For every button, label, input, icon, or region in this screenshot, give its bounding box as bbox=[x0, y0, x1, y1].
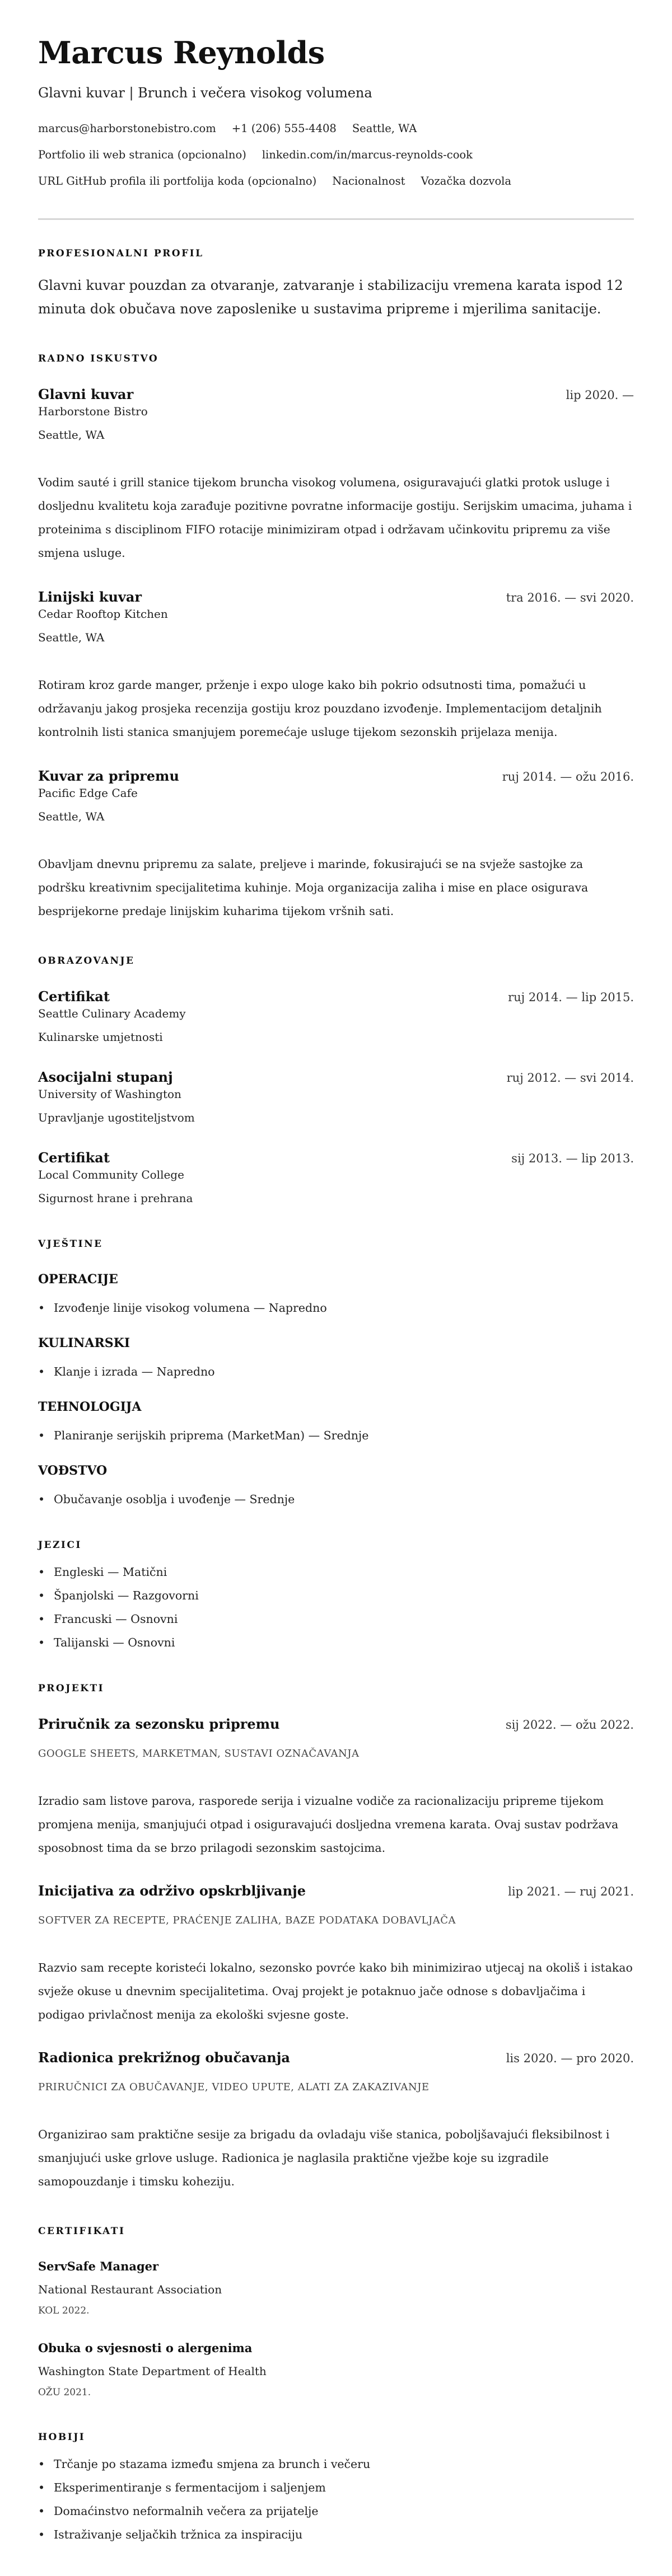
experience-entry-header: Kuvar za pripremu ruj 2014. — ožu 2016. bbox=[38, 767, 634, 785]
education-dates: ruj 2012. — svi 2014. bbox=[507, 1069, 634, 1086]
candidate-name: Marcus Reynolds bbox=[38, 32, 634, 73]
contact-portfolio[interactable]: Portfolio ili web stranica (opcionalno) bbox=[38, 147, 246, 163]
experience-description: Rotiram kroz garde manger, prženje i exp… bbox=[38, 673, 634, 744]
language-list: Engleski — Matični Španjolski — Razgovor… bbox=[38, 1564, 634, 1650]
section-title-projects: PROJEKTI bbox=[38, 1682, 634, 1695]
section-education: OBRAZOVANJE Certifikat ruj 2014. — lip 2… bbox=[38, 954, 634, 1206]
education-field: Upravljanje ugostiteljstvom bbox=[38, 1110, 634, 1125]
education-school: Seattle Culinary Academy bbox=[38, 1006, 634, 1021]
experience-dates: ruj 2014. — ožu 2016. bbox=[502, 768, 634, 785]
language-item: Francuski — Osnovni bbox=[38, 1611, 634, 1627]
skill-list: Izvođenje linije visokog volumena — Napr… bbox=[38, 1300, 634, 1316]
contact-row-extra: URL GitHub profila ili portfolija koda (… bbox=[38, 173, 634, 189]
education-entry-header: Certifikat ruj 2014. — lip 2015. bbox=[38, 988, 634, 1006]
contact-phone[interactable]: +1 (206) 555-4408 bbox=[232, 121, 337, 137]
contact-nationality: Nacionalnost bbox=[332, 173, 405, 189]
project-dates: lis 2020. — pro 2020. bbox=[506, 2050, 634, 2067]
skill-list: Klanje i izrada — Napredno bbox=[38, 1364, 634, 1380]
section-languages: JEZICI Engleski — Matični Španjolski — R… bbox=[38, 1538, 634, 1650]
section-title-summary: PROFESIONALNI PROFIL bbox=[38, 247, 634, 260]
project-dates: lip 2021. — ruj 2021. bbox=[508, 1883, 634, 1900]
experience-location: Seattle, WA bbox=[38, 630, 634, 645]
skill-group-culinary: KULINARSKI bbox=[38, 1335, 634, 1352]
certificate-entry: ServSafe Manager National Restaurant Ass… bbox=[38, 2258, 634, 2317]
certificate-issuer: National Restaurant Association bbox=[38, 2282, 634, 2297]
certificate-date: KOL 2022. bbox=[38, 2304, 634, 2317]
section-experience: RADNO ISKUSTVO Glavni kuvar lip 2020. — … bbox=[38, 352, 634, 923]
experience-entry: Linijski kuvar tra 2016. — svi 2020. Ced… bbox=[38, 588, 634, 744]
project-name: Priručnik za sezonsku pripremu bbox=[38, 1715, 280, 1733]
section-hobbies: HOBIJI Trčanje po stazama između smjena … bbox=[38, 2430, 634, 2542]
certificate-entry: Obuka o svjesnosti o alergenima Washingt… bbox=[38, 2340, 634, 2399]
project-dates: sij 2022. — ožu 2022. bbox=[506, 1716, 634, 1733]
education-dates: ruj 2014. — lip 2015. bbox=[508, 989, 634, 1006]
experience-role: Kuvar za pripremu bbox=[38, 767, 179, 785]
contact-drivers-license: Vozačka dozvola bbox=[421, 173, 511, 189]
education-entry-header: Asocijalni stupanj ruj 2012. — svi 2014. bbox=[38, 1068, 634, 1086]
experience-role: Linijski kuvar bbox=[38, 588, 142, 606]
skill-item: Planiranje serijskih priprema (MarketMan… bbox=[38, 1428, 634, 1443]
education-school: University of Washington bbox=[38, 1086, 634, 1102]
hobby-item: Domaćinstvo neformalnih večera za prijat… bbox=[38, 2503, 634, 2519]
project-entry: Inicijativa za održivo opskrbljivanje li… bbox=[38, 1882, 634, 2026]
section-summary: PROFESIONALNI PROFIL Glavni kuvar pouzda… bbox=[38, 247, 634, 321]
certificate-date: OŽU 2021. bbox=[38, 2386, 634, 2399]
project-name: Radionica prekrižnog obučavanja bbox=[38, 2049, 290, 2067]
experience-location: Seattle, WA bbox=[38, 809, 634, 824]
section-title-certificates: CERTIFIKATI bbox=[38, 2225, 634, 2238]
education-entry: Certifikat ruj 2014. — lip 2015. Seattle… bbox=[38, 988, 634, 1045]
project-entry-header: Radionica prekrižnog obučavanja lis 2020… bbox=[38, 2049, 634, 2067]
skill-group-technology: TEHNOLOGIJA bbox=[38, 1399, 634, 1415]
skill-item: Klanje i izrada — Napredno bbox=[38, 1364, 634, 1380]
certificate-name: Obuka o svjesnosti o alergenima bbox=[38, 2340, 634, 2357]
experience-description: Obavljam dnevnu pripremu za salate, prel… bbox=[38, 852, 634, 923]
experience-entry-header: Glavni kuvar lip 2020. — bbox=[38, 386, 634, 403]
skill-item: Obučavanje osoblja i uvođenje — Srednje bbox=[38, 1491, 634, 1507]
skill-group-operations: OPERACIJE bbox=[38, 1271, 634, 1288]
education-entry: Certifikat sij 2013. — lip 2013. Local C… bbox=[38, 1149, 634, 1206]
project-tech: PRIRUČNICI ZA OBUČAVANJE, VIDEO UPUTE, A… bbox=[38, 2080, 634, 2095]
experience-entry: Glavni kuvar lip 2020. — Harborstone Bis… bbox=[38, 386, 634, 565]
project-entry-header: Inicijativa za održivo opskrbljivanje li… bbox=[38, 1882, 634, 1900]
skill-group-leadership: VOĐSTVO bbox=[38, 1462, 634, 1479]
skill-list: Obučavanje osoblja i uvođenje — Srednje bbox=[38, 1491, 634, 1507]
certificate-name: ServSafe Manager bbox=[38, 2258, 634, 2275]
project-description: Organizirao sam praktične sesije za brig… bbox=[38, 2123, 634, 2193]
section-title-hobbies: HOBIJI bbox=[38, 2430, 634, 2444]
section-projects: PROJEKTI Priručnik za sezonsku pripremu … bbox=[38, 1682, 634, 2193]
skill-item: Izvođenje linije visokog volumena — Napr… bbox=[38, 1300, 634, 1316]
experience-dates: tra 2016. — svi 2020. bbox=[506, 589, 634, 606]
education-degree: Asocijalni stupanj bbox=[38, 1068, 173, 1086]
education-degree: Certifikat bbox=[38, 988, 110, 1006]
education-entry: Asocijalni stupanj ruj 2012. — svi 2014.… bbox=[38, 1068, 634, 1125]
education-field: Kulinarske umjetnosti bbox=[38, 1029, 634, 1045]
hobby-list: Trčanje po stazama između smjena za brun… bbox=[38, 2456, 634, 2542]
experience-entry-header: Linijski kuvar tra 2016. — svi 2020. bbox=[38, 588, 634, 606]
language-item: Engleski — Matični bbox=[38, 1564, 634, 1580]
project-entry: Radionica prekrižnog obučavanja lis 2020… bbox=[38, 2049, 634, 2193]
section-title-languages: JEZICI bbox=[38, 1538, 634, 1552]
experience-description: Vodim sauté i grill stanice tijekom brun… bbox=[38, 471, 634, 565]
certificate-issuer: Washington State Department of Health bbox=[38, 2363, 634, 2379]
project-entry-header: Priručnik za sezonsku pripremu sij 2022.… bbox=[38, 1715, 634, 1733]
experience-company: Harborstone Bistro bbox=[38, 403, 634, 419]
education-field: Sigurnost hrane i prehrana bbox=[38, 1190, 634, 1206]
contact-github[interactable]: URL GitHub profila ili portfolija koda (… bbox=[38, 173, 316, 189]
project-name: Inicijativa za održivo opskrbljivanje bbox=[38, 1882, 306, 1900]
education-degree: Certifikat bbox=[38, 1149, 110, 1167]
section-title-skills: VJEŠTINE bbox=[38, 1237, 634, 1251]
project-description: Razvio sam recepte koristeći lokalno, se… bbox=[38, 1956, 634, 2026]
resume-header: Marcus Reynolds Glavni kuvar | Brunch i … bbox=[38, 32, 634, 189]
experience-company: Cedar Rooftop Kitchen bbox=[38, 606, 634, 622]
experience-location: Seattle, WA bbox=[38, 427, 634, 443]
contact-linkedin[interactable]: linkedin.com/in/marcus-reynolds-cook bbox=[262, 147, 473, 163]
contact-row-links: Portfolio ili web stranica (opcionalno) … bbox=[38, 147, 634, 163]
candidate-headline: Glavni kuvar | Brunch i večera visokog v… bbox=[38, 84, 634, 102]
project-description: Izradio sam listove parova, rasporede se… bbox=[38, 1789, 634, 1860]
project-tech: GOOGLE SHEETS, MARKETMAN, SUSTAVI OZNAČA… bbox=[38, 1747, 634, 1761]
header-divider bbox=[38, 218, 634, 220]
education-school: Local Community College bbox=[38, 1167, 634, 1183]
project-tech: SOFTVER ZA RECEPTE, PRAĆENJE ZALIHA, BAZ… bbox=[38, 1913, 634, 1928]
project-entry: Priručnik za sezonsku pripremu sij 2022.… bbox=[38, 1715, 634, 1860]
experience-role: Glavni kuvar bbox=[38, 386, 133, 403]
skill-list: Planiranje serijskih priprema (MarketMan… bbox=[38, 1428, 634, 1443]
resume-page: Marcus Reynolds Glavni kuvar | Brunch i … bbox=[0, 0, 672, 2576]
hobby-item: Eksperimentiranje s fermentacijom i salj… bbox=[38, 2480, 634, 2495]
section-skills: VJEŠTINE OPERACIJE Izvođenje linije viso… bbox=[38, 1237, 634, 1507]
contact-row-primary: marcus@harborstonebistro.com +1 (206) 55… bbox=[38, 121, 634, 137]
summary-text: Glavni kuvar pouzdan za otvaranje, zatva… bbox=[38, 274, 634, 321]
hobby-item: Trčanje po stazama između smjena za brun… bbox=[38, 2456, 634, 2472]
contact-email[interactable]: marcus@harborstonebistro.com bbox=[38, 121, 216, 137]
language-item: Talijanski — Osnovni bbox=[38, 1635, 634, 1650]
section-title-education: OBRAZOVANJE bbox=[38, 954, 634, 968]
experience-company: Pacific Edge Cafe bbox=[38, 785, 634, 801]
hobby-item: Istraživanje seljačkih tržnica za inspir… bbox=[38, 2527, 634, 2542]
language-item: Španjolski — Razgovorni bbox=[38, 1588, 634, 1603]
experience-entry: Kuvar za pripremu ruj 2014. — ožu 2016. … bbox=[38, 767, 634, 923]
section-certificates: CERTIFIKATI ServSafe Manager National Re… bbox=[38, 2225, 634, 2399]
education-dates: sij 2013. — lip 2013. bbox=[511, 1150, 634, 1167]
experience-dates: lip 2020. — bbox=[566, 387, 634, 403]
education-entry-header: Certifikat sij 2013. — lip 2013. bbox=[38, 1149, 634, 1167]
contact-location: Seattle, WA bbox=[352, 121, 417, 137]
section-title-experience: RADNO ISKUSTVO bbox=[38, 352, 634, 365]
